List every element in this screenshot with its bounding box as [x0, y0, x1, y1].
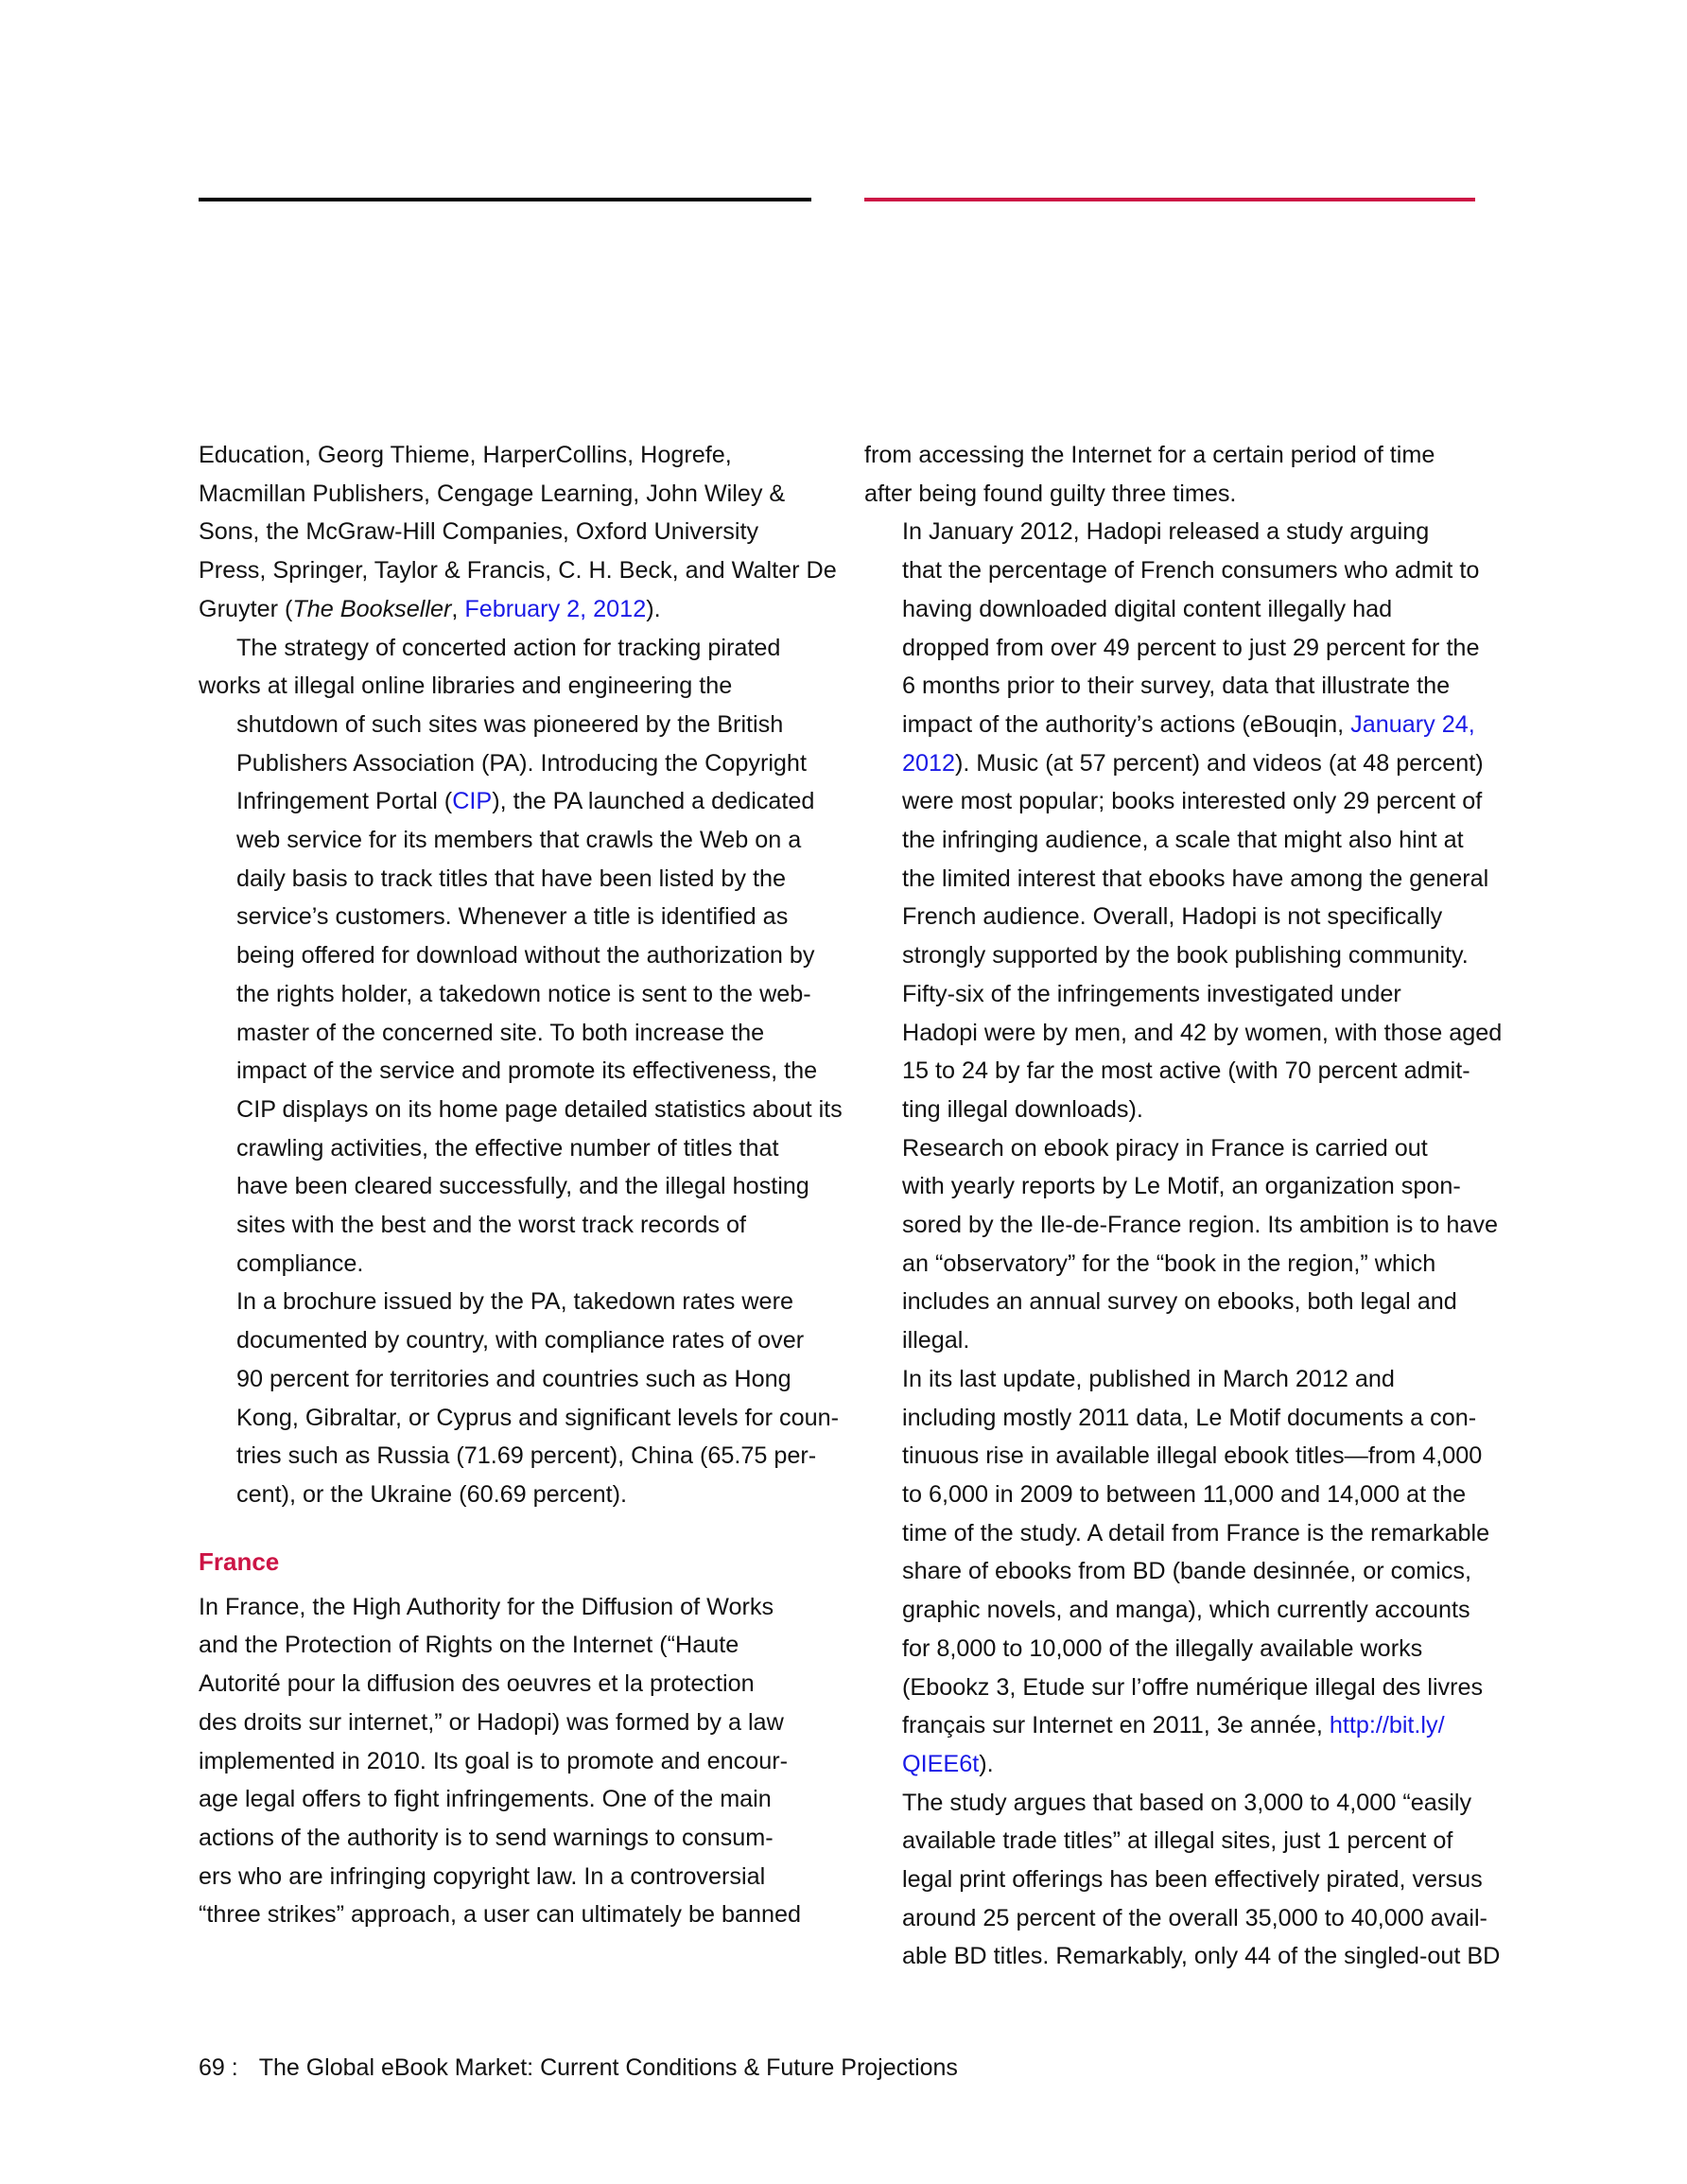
page-number: 69 : — [199, 2054, 238, 2081]
ebouqin-date-link-continued[interactable]: 2012 — [902, 750, 955, 777]
page-footer: 69 :The Global eBook Market: Current Con… — [199, 2054, 958, 2082]
paragraph-publishers-list: Education, Georg Thieme, HarperCollins, … — [199, 436, 823, 629]
text-line: and the Protection of Rights on the Inte… — [199, 1626, 823, 1665]
text-line: des droits sur internet,” or Hadopi) was… — [199, 1704, 823, 1742]
text-line: including mostly 2011 data, Le Motif doc… — [864, 1399, 1488, 1438]
text-line: Fifty-six of the infringements investiga… — [864, 975, 1488, 1014]
text-line: the limited interest that ebooks have am… — [864, 860, 1488, 899]
paragraph-infringement-demographics: Fifty-six of the infringements investiga… — [864, 975, 1488, 1129]
text-line: impact of the authority’s actions (eBouq… — [864, 706, 1488, 744]
text-line: able BD titles. Remarkably, only 44 of t… — [864, 1937, 1488, 1976]
text-line: web service for its members that crawls … — [199, 821, 823, 860]
paragraph-hadopi-study: In January 2012, Hadopi released a study… — [864, 513, 1488, 974]
text-line: Education, Georg Thieme, HarperCollins, … — [199, 436, 823, 475]
bookseller-date-link[interactable]: February 2, 2012 — [464, 596, 646, 622]
text-line: for 8,000 to 10,000 of the illegally ava… — [864, 1630, 1488, 1669]
text-line: QIEE6t). — [864, 1745, 1488, 1784]
text-line: In January 2012, Hadopi released a study… — [864, 513, 1488, 551]
text-line: graphic novels, and manga), which curren… — [864, 1591, 1488, 1630]
text-fragment: Gruyter ( — [199, 596, 292, 622]
text-line: strongly supported by the book publishin… — [864, 936, 1488, 975]
publication-title: The Bookseller — [292, 596, 451, 622]
text-line: around 25 percent of the overall 35,000 … — [864, 1899, 1488, 1938]
text-line: Kong, Gibraltar, or Cyprus and significa… — [199, 1399, 823, 1438]
text-line: tinuous rise in available illegal ebook … — [864, 1437, 1488, 1476]
text-line: includes an annual survey on ebooks, bot… — [864, 1283, 1488, 1321]
text-line: works at illegal online libraries and en… — [199, 667, 823, 706]
text-line: after being found guilty three times. — [864, 475, 1488, 514]
cip-link[interactable]: CIP — [452, 788, 492, 814]
text-fragment: , — [451, 596, 464, 622]
text-fragment: français sur Internet en 2011, 3e année, — [902, 1712, 1330, 1738]
text-line: having downloaded digital content illega… — [864, 590, 1488, 629]
text-line: The strategy of concerted action for tra… — [199, 629, 823, 668]
ebouqin-date-link[interactable]: January 24, — [1350, 711, 1475, 738]
text-line: Research on ebook piracy in France is ca… — [864, 1129, 1488, 1168]
text-line: with yearly reports by Le Motif, an orga… — [864, 1167, 1488, 1206]
text-line: French audience. Overall, Hadopi is not … — [864, 898, 1488, 936]
paragraph-takedown-rates: In a brochure issued by the PA, takedown… — [199, 1283, 823, 1513]
text-line: “three strikes” approach, a user can ult… — [199, 1896, 823, 1934]
text-line: cent), or the Ukraine (60.69 percent). — [199, 1476, 823, 1514]
text-line: Sons, the McGraw-Hill Companies, Oxford … — [199, 513, 823, 551]
text-line: 6 months prior to their survey, data tha… — [864, 667, 1488, 706]
text-line: impact of the service and promote its ef… — [199, 1052, 823, 1091]
text-line: the rights holder, a takedown notice is … — [199, 975, 823, 1014]
left-column: Education, Georg Thieme, HarperCollins, … — [199, 436, 823, 1934]
text-line: being offered for download without the a… — [199, 936, 823, 975]
text-line: Gruyter (The Bookseller, February 2, 201… — [199, 590, 823, 629]
text-line: to 6,000 in 2009 to between 11,000 and 1… — [864, 1476, 1488, 1514]
text-line: In a brochure issued by the PA, takedown… — [199, 1283, 823, 1321]
text-line: illegal. — [864, 1321, 1488, 1360]
text-line: Infringement Portal (CIP), the PA launch… — [199, 782, 823, 821]
text-line: have been cleared successfully, and the … — [199, 1167, 823, 1206]
text-line: legal print offerings has been effective… — [864, 1861, 1488, 1899]
text-line: compliance. — [199, 1245, 823, 1284]
text-line: tries such as Russia (71.69 percent), Ch… — [199, 1437, 823, 1476]
text-fragment: impact of the authority’s actions (eBouq… — [902, 711, 1350, 738]
header-rule-left — [199, 198, 811, 201]
bitly-link[interactable]: http://bit.ly/ — [1330, 1712, 1445, 1738]
text-line: available trade titles” at illegal sites… — [864, 1822, 1488, 1861]
text-line: from accessing the Internet for a certai… — [864, 436, 1488, 475]
text-line: documented by country, with compliance r… — [199, 1321, 823, 1360]
text-line: sites with the best and the worst track … — [199, 1206, 823, 1245]
right-column: from accessing the Internet for a certai… — [864, 436, 1488, 1976]
text-fragment: ). — [646, 596, 660, 622]
text-line: In France, the High Authority for the Di… — [199, 1588, 823, 1627]
footer-title: The Global eBook Market: Current Conditi… — [259, 2054, 958, 2081]
bitly-link-continued[interactable]: QIEE6t — [902, 1751, 979, 1777]
text-fragment: ). Music (at 57 percent) and videos (at … — [955, 750, 1484, 777]
text-line: Macmillan Publishers, Cengage Learning, … — [199, 475, 823, 514]
paragraph-le-motif: Research on ebook piracy in France is ca… — [864, 1129, 1488, 1360]
text-line: Hadopi were by men, and 42 by women, wit… — [864, 1014, 1488, 1053]
text-line: the infringing audience, a scale that mi… — [864, 821, 1488, 860]
paragraph-hadopi-intro: In France, the High Authority for the Di… — [199, 1588, 823, 1934]
text-fragment: ). — [979, 1751, 993, 1777]
text-line: (Ebookz 3, Etude sur l’offre numérique i… — [864, 1669, 1488, 1707]
paragraph-cip-strategy: The strategy of concerted action for tra… — [199, 629, 823, 1284]
text-line: that the percentage of French consumers … — [864, 551, 1488, 590]
text-line: time of the study. A detail from France … — [864, 1514, 1488, 1553]
paragraph-study-argues: The study argues that based on 3,000 to … — [864, 1784, 1488, 1977]
paragraph-le-motif-update: In its last update, published in March 2… — [864, 1360, 1488, 1784]
text-line: shutdown of such sites was pioneered by … — [199, 706, 823, 744]
text-line: were most popular; books interested only… — [864, 782, 1488, 821]
text-line: 2012). Music (at 57 percent) and videos … — [864, 744, 1488, 783]
text-line: crawling activities, the effective numbe… — [199, 1129, 823, 1168]
text-line: Publishers Association (PA). Introducing… — [199, 744, 823, 783]
header-rule-right — [864, 198, 1475, 201]
text-fragment: ), the PA launched a dedicated — [492, 788, 814, 814]
text-line: In its last update, published in March 2… — [864, 1360, 1488, 1399]
text-line: dropped from over 49 percent to just 29 … — [864, 629, 1488, 668]
text-line: Autorité pour la diffusion des oeuvres e… — [199, 1665, 823, 1704]
section-heading-france: France — [199, 1543, 823, 1581]
text-line: an “observatory” for the “book in the re… — [864, 1245, 1488, 1284]
text-line: The study argues that based on 3,000 to … — [864, 1784, 1488, 1823]
text-line: Press, Springer, Taylor & Francis, C. H.… — [199, 551, 823, 590]
text-line: service’s customers. Whenever a title is… — [199, 898, 823, 936]
text-line: ting illegal downloads). — [864, 1091, 1488, 1129]
text-line: 15 to 24 by far the most active (with 70… — [864, 1052, 1488, 1091]
text-line: ers who are infringing copyright law. In… — [199, 1858, 823, 1896]
text-fragment: Infringement Portal ( — [236, 788, 452, 814]
paragraph-ban-continuation: from accessing the Internet for a certai… — [864, 436, 1488, 513]
text-line: 90 percent for territories and countries… — [199, 1360, 823, 1399]
text-line: implemented in 2010. Its goal is to prom… — [199, 1742, 823, 1781]
text-line: actions of the authority is to send warn… — [199, 1819, 823, 1858]
text-line: sored by the Ile-de-France region. Its a… — [864, 1206, 1488, 1245]
text-line: français sur Internet en 2011, 3e année,… — [864, 1706, 1488, 1745]
text-line: master of the concerned site. To both in… — [199, 1014, 823, 1053]
text-line: daily basis to track titles that have be… — [199, 860, 823, 899]
text-line: share of ebooks from BD (bande desinnée,… — [864, 1552, 1488, 1591]
text-line: CIP displays on its home page detailed s… — [199, 1091, 823, 1129]
text-line: age legal offers to fight infringements.… — [199, 1780, 823, 1819]
